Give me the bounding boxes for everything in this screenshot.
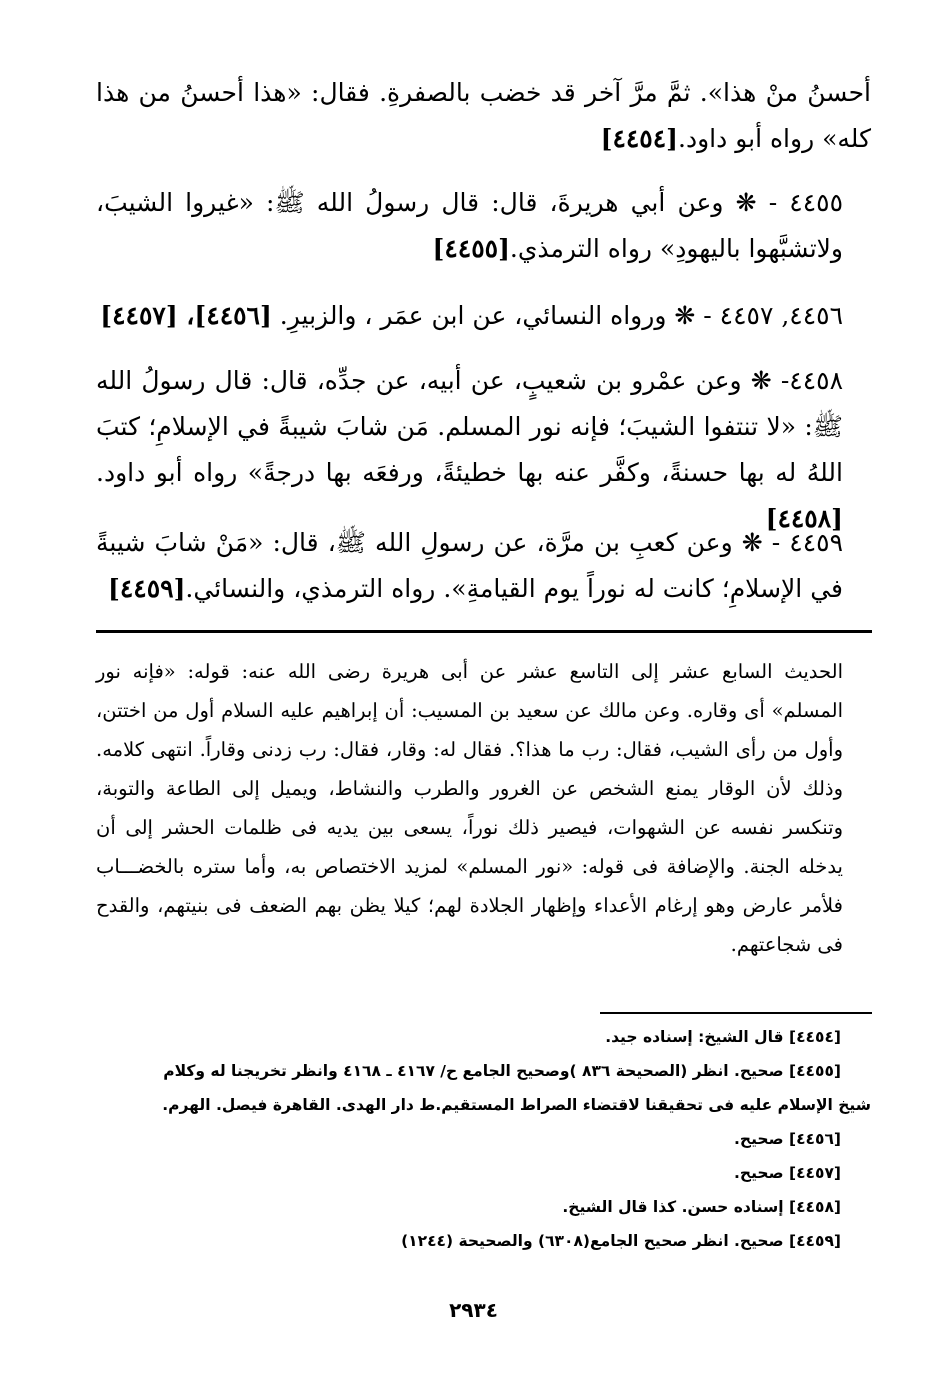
hadith-paragraph: ٤٤٥٩ - ❋ وعن كعبِ بن مرَّة، عن رسولِ الل… (96, 520, 871, 612)
hadith-number: ٤٤٥٩ - ❋ (742, 528, 843, 557)
footnote-text: صحيح. انظر (الصحيحة ٨٣٦ )وصحيح الجامع ح/… (163, 1062, 783, 1080)
hadith-4455-block: ٤٤٥٥ - ❋ وعن أبي هريرةَ، قال: قال رسولُ … (96, 180, 871, 272)
hadith-paragraph: ٤٤٥٨- ❋ وعن عمْرو بن شعيبٍ، عن أبيه، عن … (96, 358, 871, 542)
reference-number: [٤٤٥٩] (108, 574, 185, 603)
hadith-paragraph: ٤٤٥٦, ٤٤٥٧ - ❋ ورواه النسائي، عن ابن عمَ… (96, 293, 871, 339)
reference-number: [٤٤٥٥] (433, 234, 510, 263)
commentary-text: الحديث السابع عشر إلى التاسع عشر عن أبى … (96, 652, 871, 964)
paragraph-continuation-4454: أحسنُ منْ هذا». ثمَّ مرَّ آخر قد خضب بال… (96, 70, 871, 162)
footnote-4458: [٤٤٥٨] إسناده حسن. كذا قال الشيخ. (96, 1190, 871, 1224)
hadith-number: ٤٤٥٦, ٤٤٥٧ - ❋ (674, 301, 843, 330)
footnote-ref: [٤٤٥٩] (789, 1232, 841, 1250)
footnote-text: شيخ الإسلام عليه فى تحقيقنا لاقتضاء الصر… (162, 1096, 871, 1114)
hadith-text: ورواه النسائي، عن ابن عمَر ، والزبيرِ. (280, 301, 667, 330)
footnote-4454: [٤٤٥٤] قال الشيخ: إسناده جيد. (96, 1020, 871, 1054)
hadith-number: ٤٤٥٥ - ❋ (736, 188, 843, 217)
reference-number: [٤٤٥٤] (601, 124, 678, 153)
footnote-text: قال الشيخ: إسناده جيد. (605, 1028, 783, 1046)
book-page: أحسنُ منْ هذا». ثمَّ مرَّ آخر قد خضب بال… (0, 0, 947, 1388)
footnote-divider (600, 1012, 872, 1014)
footnote-text: صحيح. (734, 1164, 784, 1182)
reference-number: [٤٤٥٦]، [٤٤٥٧] (100, 301, 272, 330)
hadith-number: ٤٤٥٨- ❋ (751, 366, 843, 395)
footnote-4457: [٤٤٥٧] صحيح. (96, 1156, 871, 1190)
footnote-text: صحيح. انظر صحيح الجامع(٦٣٠٨) والصحيحة (١… (401, 1232, 784, 1250)
footnote-ref: [٤٤٥٥] (789, 1062, 841, 1080)
hadith-text: وعن عمْرو بن شعيبٍ، عن أبيه، عن جدِّه، ق… (96, 366, 843, 487)
footnote-ref: [٤٤٥٤] (789, 1028, 841, 1046)
footnotes-block: [٤٤٥٤] قال الشيخ: إسناده جيد. [٤٤٥٥] صحي… (96, 1020, 871, 1258)
footnote-ref: [٤٤٥٦] (789, 1130, 841, 1148)
hadith-4459-block: ٤٤٥٩ - ❋ وعن كعبِ بن مرَّة، عن رسولِ الل… (96, 520, 871, 612)
footnote-ref: [٤٤٥٨] (789, 1198, 841, 1216)
footnote-4455: [٤٤٥٥] صحيح. انظر (الصحيحة ٨٣٦ )وصحيح ال… (96, 1054, 871, 1088)
hadith-4456-4457-block: ٤٤٥٦, ٤٤٥٧ - ❋ ورواه النسائي، عن ابن عمَ… (96, 293, 871, 339)
line-text: رواه أبو داود. (678, 124, 814, 153)
hadith-paragraph: ٤٤٥٥ - ❋ وعن أبي هريرةَ، قال: قال رسولُ … (96, 180, 871, 272)
main-divider (96, 630, 872, 633)
footnote-ref: [٤٤٥٧] (789, 1164, 841, 1182)
footnote-4459: [٤٤٥٩] صحيح. انظر صحيح الجامع(٦٣٠٨) والص… (96, 1224, 871, 1258)
page-number: ٢٩٣٤ (0, 1298, 947, 1322)
footnote-4455-continued: شيخ الإسلام عليه فى تحقيقنا لاقتضاء الصر… (96, 1088, 871, 1122)
main-text-block: أحسنُ منْ هذا». ثمَّ مرَّ آخر قد خضب بال… (96, 70, 871, 162)
hadith-text: وعن كعبِ بن مرَّة، عن رسولِ الله ﷺ، قال:… (96, 528, 843, 603)
footnote-text: صحيح. (734, 1130, 784, 1148)
commentary-block: الحديث السابع عشر إلى التاسع عشر عن أبى … (96, 652, 871, 964)
footnote-text: إسناده حسن. كذا قال الشيخ. (562, 1198, 783, 1216)
footnote-4456: [٤٤٥٦] صحيح. (96, 1122, 871, 1156)
hadith-4458-block: ٤٤٥٨- ❋ وعن عمْرو بن شعيبٍ، عن أبيه، عن … (96, 358, 871, 542)
